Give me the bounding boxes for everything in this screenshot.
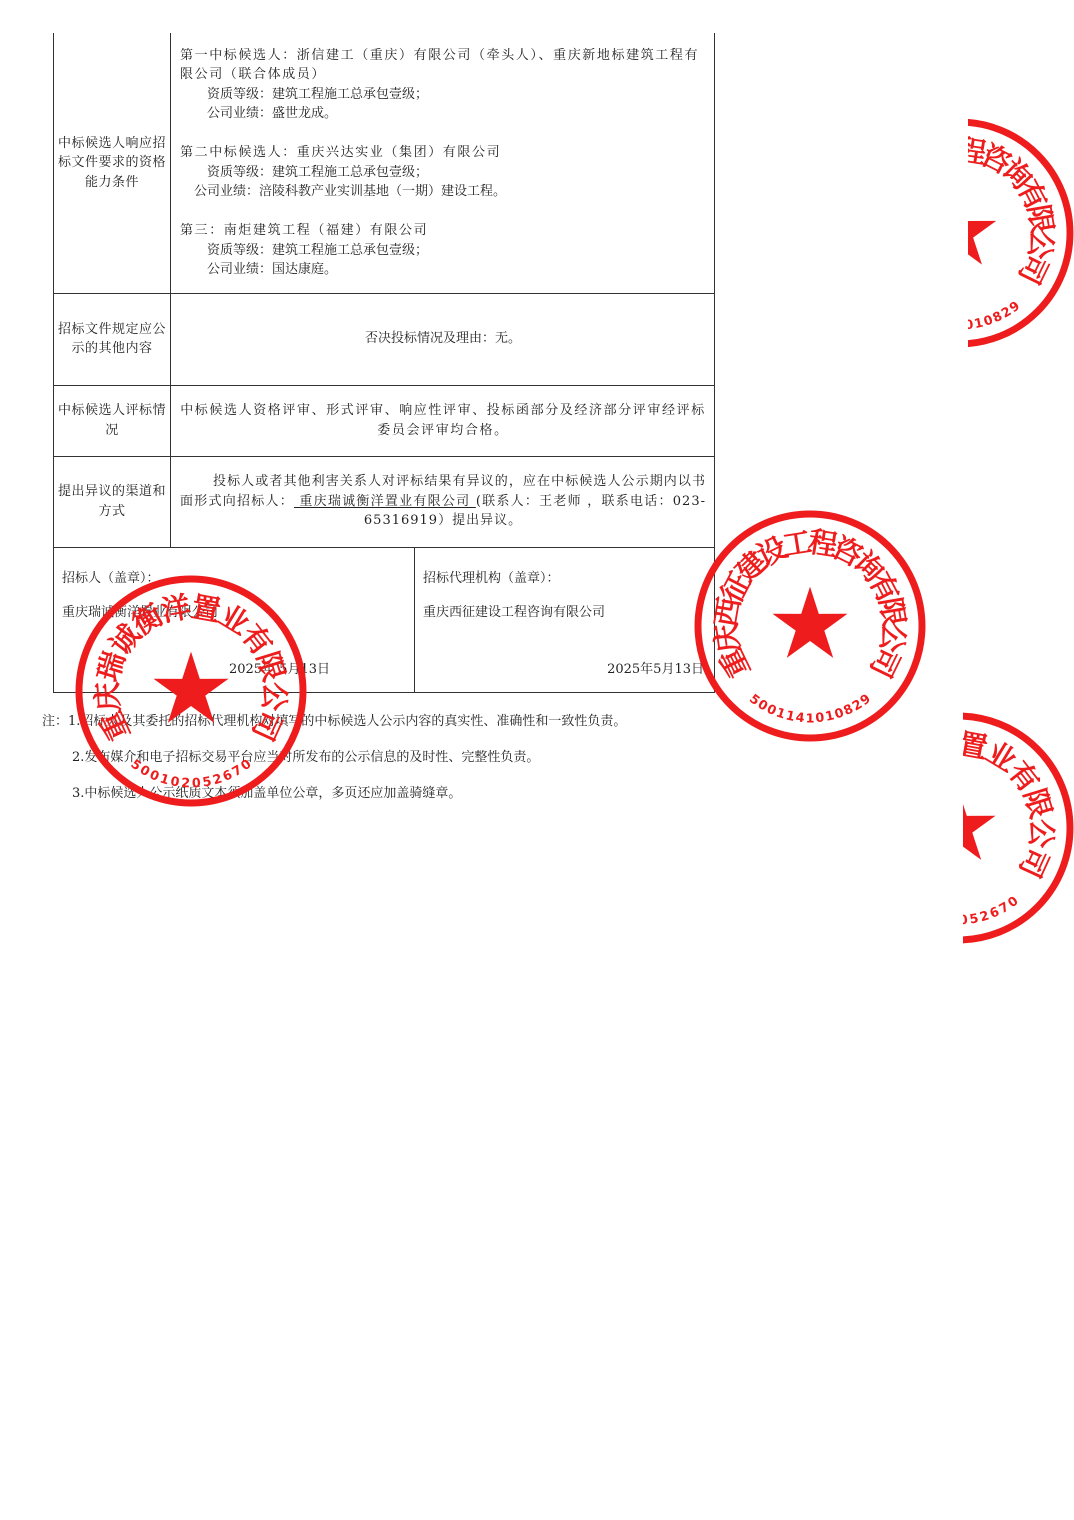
svg-text:1: 1: [806, 711, 815, 726]
row-label: 提出异议的渠道和方式: [54, 456, 171, 547]
svg-text:咨: 咨: [976, 137, 1017, 180]
svg-text:1: 1: [784, 708, 796, 725]
svg-text:0: 0: [968, 317, 974, 333]
svg-text:重: 重: [713, 642, 756, 683]
note-3: 3.中标候选人公示纸质文本须加盖单位公章，多页还应加盖骑缝章。: [42, 784, 626, 820]
svg-text:0: 0: [815, 710, 826, 726]
svg-text:司: 司: [1012, 842, 1055, 883]
candidate-1-performance: 公司业绩：盛世龙成。: [180, 104, 706, 124]
candidate-3-qualification: 资质等级：建筑工程施工总承包壹级；: [180, 241, 706, 261]
candidate-2-qualification: 资质等级：建筑工程施工总承包壹级；: [180, 163, 706, 183]
svg-text:有: 有: [1011, 174, 1055, 215]
bid-candidate-table: 中标候选人响应招标文件要求的资格能力条件 第一中标候选人：浙信建工（重庆）有限公…: [53, 33, 715, 548]
svg-text:建: 建: [729, 544, 774, 589]
row-label: 中标候选人响应招标文件要求的资格能力条件: [54, 33, 171, 293]
svg-text:2: 2: [850, 697, 865, 714]
candidate-1-header: 第一中标候选人：浙信建工（重庆）有限公司（牵头人）、重庆新地标建筑工程有限公司（…: [180, 46, 706, 85]
candidate-qualifications: 第一中标候选人：浙信建工（重庆）有限公司（牵头人）、重庆新地标建筑工程有限公司（…: [171, 33, 715, 293]
svg-text:8: 8: [990, 308, 1004, 325]
svg-text:5: 5: [746, 692, 762, 709]
svg-text:0: 0: [1005, 894, 1021, 911]
row-label: 招标文件规定应公示的其他内容: [54, 293, 171, 385]
candidate-1-qualification: 资质等级：建筑工程施工总承包壹级；: [180, 85, 706, 105]
table-row: 中标候选人响应招标文件要求的资格能力条件 第一中标候选人：浙信建工（重庆）有限公…: [54, 33, 715, 293]
svg-text:司: 司: [1012, 249, 1055, 290]
note-1: 注：1.招标人及其委托的招标代理机构对填写的中标候选人公示内容的真实性、准确性和…: [42, 712, 626, 748]
tenderer-org: 重庆瑞诚衡洋置业有限公司: [62, 601, 218, 620]
table-row: 中标候选人评标情况 中标候选人资格评审、形式评审、响应性评审、投标函部分及经济部…: [54, 385, 715, 456]
row-label: 中标候选人评标情况: [54, 385, 171, 456]
agency-label: 招标代理机构（盖章）：: [423, 567, 560, 586]
svg-text:征: 征: [714, 567, 758, 608]
svg-text:咨: 咨: [827, 530, 868, 573]
svg-text:8: 8: [841, 702, 855, 719]
tenderer-label: 招标人（盖章）：: [62, 567, 160, 586]
objection-channel: 投标人或者其他利害关系人对评标结果有异议的，应在中标候选人公示期内以书面形式向招…: [171, 456, 715, 547]
tenderer-signature-cell: 招标人（盖章）： 重庆瑞诚衡洋置业有限公司 2025年 5月13日: [54, 548, 415, 693]
candidate-2-header: 第二中标候选人：重庆兴达实业（集团）有限公司: [180, 143, 706, 163]
objection-text: 投标人或者其他利害关系人对评标结果有异议的，应在中标候选人公示期内以书面形式向招…: [180, 472, 706, 531]
candidate-2: 第二中标候选人：重庆兴达实业（集团）有限公司 资质等级：建筑工程施工总承包壹级；…: [180, 143, 706, 202]
svg-text:公: 公: [874, 621, 912, 655]
evaluation-result: 中标候选人资格评审、形式评审、响应性评审、投标函部分及经济部分评审经评标委员会评…: [171, 385, 715, 456]
svg-text:置: 置: [963, 727, 990, 766]
agency-seal-partial: 重庆西征建设工程咨询有限公司5001141010829: [968, 118, 1074, 348]
agency-org: 重庆西征建设工程咨询有限公司: [423, 601, 605, 620]
svg-text:0: 0: [764, 702, 778, 719]
svg-text:5: 5: [968, 911, 979, 927]
candidate-3: 第三：南炬建筑工程（福建）有限公司 资质等级：建筑工程施工总承包壹级； 公司业绩…: [180, 221, 706, 280]
svg-text:0: 0: [755, 697, 770, 714]
svg-text:公: 公: [1023, 818, 1059, 849]
document-page: 中标候选人响应招标文件要求的资格能力条件 第一中标候选人：浙信建工（重庆）有限公…: [0, 0, 1074, 1520]
agency-signature-cell: 招标代理机构（盖章）： 重庆西征建设工程咨询有限公司 2025年5月13日: [415, 548, 715, 693]
svg-text:业: 业: [980, 735, 1022, 779]
svg-text:有: 有: [862, 567, 906, 608]
tenderer-seal-partial: 重庆瑞诚衡洋置业有限公司500102052670: [963, 712, 1074, 944]
svg-text:程: 程: [968, 132, 989, 170]
svg-text:9: 9: [1006, 298, 1022, 315]
candidate-2-performance: 公司业绩：涪陵科教产业实训基地（一期）建设工程。: [180, 182, 706, 202]
table-row: 提出异议的渠道和方式 投标人或者其他利害关系人对评标结果有异议的，应在中标候选人…: [54, 456, 715, 547]
svg-text:9: 9: [858, 691, 874, 708]
svg-text:限: 限: [873, 595, 911, 629]
svg-text:0: 0: [833, 705, 846, 722]
svg-text:限: 限: [1021, 202, 1059, 236]
svg-text:0: 0: [963, 913, 968, 928]
other-content: 否决投标情况及理由：无。: [171, 293, 715, 385]
svg-text:程: 程: [806, 524, 840, 562]
svg-text:司: 司: [863, 642, 906, 683]
notes: 注：1.招标人及其委托的招标代理机构对填写的中标候选人公示内容的真实性、准确性和…: [42, 712, 626, 820]
svg-text:工: 工: [780, 524, 814, 562]
table-row: 招标文件规定应公示的其他内容 否决投标情况及理由：无。: [54, 293, 715, 385]
note-2: 2.发布媒介和电子招标交易平台应当对所发布的公示信息的及时性、完整性负责。: [42, 748, 626, 784]
svg-text:限: 限: [1017, 785, 1058, 823]
svg-text:0: 0: [982, 312, 995, 329]
svg-text:公: 公: [1022, 228, 1060, 262]
candidate-3-performance: 公司业绩：国达康庭。: [180, 260, 706, 280]
svg-text:询: 询: [995, 152, 1040, 197]
svg-text:6: 6: [988, 905, 1002, 922]
candidate-3-header: 第三：南炬建筑工程（福建）有限公司: [180, 221, 706, 241]
svg-text:7: 7: [997, 900, 1012, 917]
svg-text:1: 1: [824, 708, 836, 725]
svg-text:1: 1: [973, 315, 985, 332]
agency-date: 2025年5月13日: [607, 658, 704, 677]
svg-text:设: 设: [752, 530, 793, 573]
candidate-1: 第一中标候选人：浙信建工（重庆）有限公司（牵头人）、重庆新地标建筑工程有限公司（…: [180, 46, 706, 124]
signature-table: 招标人（盖章）： 重庆瑞诚衡洋置业有限公司 2025年 5月13日 招标代理机构…: [53, 547, 715, 693]
svg-text:有: 有: [1002, 755, 1047, 799]
svg-text:询: 询: [846, 544, 891, 589]
svg-text:4: 4: [795, 710, 806, 726]
svg-text:2: 2: [978, 908, 991, 925]
svg-text:1: 1: [774, 706, 787, 723]
tenderer-date: 2025年 5月13日: [229, 658, 330, 677]
agency-seal: 重庆西征建设工程咨询有限公司5001141010829: [694, 510, 926, 742]
objection-company: 重庆瑞诚衡洋置业有限公司: [294, 494, 476, 509]
svg-text:2: 2: [998, 303, 1013, 320]
